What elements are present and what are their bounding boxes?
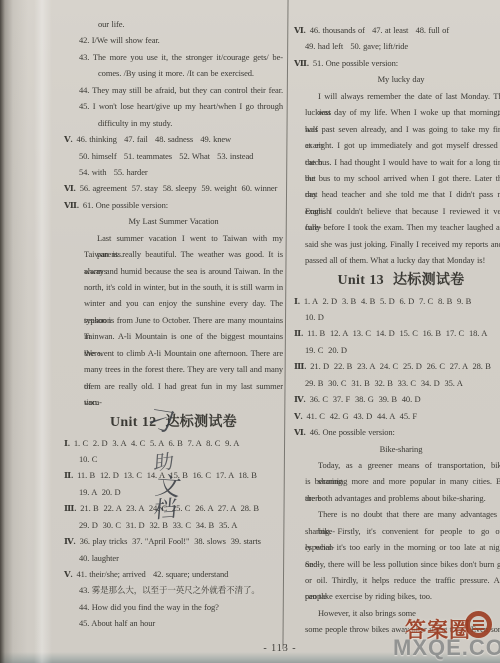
section-numeral: Ⅲ. [64, 503, 76, 513]
line-text: are both advantages and problems about b… [305, 493, 486, 503]
text-line: are both advantages and problems about b… [294, 490, 500, 506]
line-text: 达标测试卷 [393, 273, 465, 288]
text-line: 44. How did you find the way in the fog? [64, 599, 283, 615]
text-line: 19. C 20. D [294, 342, 500, 358]
line-text: 43. 雾是那么大，以至于一英尺之外就看不清了。 [79, 585, 260, 595]
unit-title: Unit 13达标测试卷 [294, 269, 500, 293]
text-line: winter and you can enjoy the sunshine ev… [64, 295, 283, 311]
line-text: comes. /By using it more. /It can be exe… [98, 68, 254, 78]
text-line: Ⅱ.11. B 12. A 13. C 14. D 15. C 16. B 17… [294, 325, 500, 341]
section-numeral: Ⅲ. [294, 361, 306, 371]
line-text: 44. They may still be afraid, but they c… [79, 85, 283, 95]
line-text: 40. laughter [79, 553, 119, 563]
line-text: However, it also brings some [318, 608, 416, 618]
text-line: Taiwan is really beautiful. The weather … [64, 246, 283, 262]
text-line: Ⅳ.36. play tricks 37. "April Fool!" 38. … [64, 533, 283, 549]
line-text: 19. A 20. D [79, 487, 121, 497]
left-column: our life.42. I/We will show fear.43. The… [64, 16, 283, 632]
line-text: passed all of them. What a lucky day tha… [305, 255, 485, 265]
text-line: 49. had left 50. gave; lift/ride [294, 38, 500, 54]
section-numeral: Ⅱ. [64, 470, 73, 480]
section-numeral: Ⅰ. [64, 438, 70, 448]
line-text: 36. play tricks 37. "April Fool!" 38. sl… [80, 536, 261, 546]
text-line: north, it's cold in winter, but in the s… [64, 279, 283, 295]
text-line: passed all of them. What a lucky day tha… [294, 252, 500, 268]
text-line: comes. /By using it more. /It can be exe… [64, 65, 283, 81]
text-line: the bus to my school arrived when I got … [294, 170, 500, 186]
text-line: said she was just joking. Finally I rece… [294, 236, 500, 252]
line-text: 54. with 55. harder [79, 167, 148, 177]
line-text: 10. D [305, 312, 324, 322]
text-line: Ⅴ.41. C 42. G 43. D 44. A 45. F [294, 408, 500, 424]
text-line: ondly, there will be less pollution sinc… [294, 556, 500, 572]
section-numeral: Ⅱ. [294, 328, 303, 338]
line-text: fully before I took the exam. Then my te… [305, 222, 500, 232]
right-column: Ⅵ.46. thousands of 47. at least 48. full… [294, 22, 500, 638]
text-line: at eight. I got up immediately and got m… [294, 137, 500, 153]
line-text: 50. himself 51. teammates 52. What 53. i… [79, 151, 253, 161]
text-line: warm and humid because the sea is around… [64, 263, 283, 279]
text-line: our life. [64, 16, 283, 32]
text-line: 10. D [294, 309, 500, 325]
line-text: 44. How did you find the way in the fog? [79, 602, 219, 612]
line-text: 42. I/We will show fear. [79, 35, 160, 45]
line-text: warm and humid because the sea is around… [84, 266, 283, 276]
text-line: ly when it's too early in the morning or… [294, 539, 500, 555]
text-line: Ⅴ.46. thinking 47. fail 48. sadness 49. … [64, 131, 283, 147]
line-text: We went to climb A-li Mountain one after… [84, 348, 283, 358]
text-line: Today, as a greener means of transportat… [294, 457, 500, 473]
text-line: sharing. Firstly, it's convenient for pe… [294, 523, 500, 539]
text-line: Ⅳ.36. C 37. F 38. G 39. B 40. D [294, 391, 500, 407]
text-line: Ⅴ.41. their/she; arrived 42. square; und… [64, 566, 283, 582]
section-numeral: Ⅵ. [64, 183, 76, 193]
text-line: can take exercise by riding bikes, too. [294, 588, 500, 604]
line-text: 1. A 2. D 3. B 4. B 5. D 6. D 7. C 8. B … [304, 296, 471, 306]
line-text: 45. About half an hour [79, 618, 155, 628]
line-text: 46. One possible version: [310, 427, 395, 437]
line-text: 19. C 20. D [305, 345, 347, 355]
text-line: is becoming more and more popular in man… [294, 473, 500, 489]
line-text: 10. C [79, 454, 97, 464]
text-line: My Last Summer Vacation [64, 213, 283, 229]
text-line: Ⅰ.1. A 2. D 3. B 4. B 5. D 6. D 7. C 8. … [294, 293, 500, 309]
text-line: Tainwan. A-li Mountain is one of the big… [64, 328, 283, 344]
text-line: 54. with 55. harder [64, 164, 283, 180]
text-line: Ⅵ.46. thousands of 47. at least 48. full… [294, 22, 500, 38]
text-line: 40. laughter [64, 550, 283, 566]
section-numeral: Unit 13 [338, 273, 384, 288]
text-line: the bus. I had thought I would have to w… [294, 154, 500, 170]
line-text: My Last Summer Vacation [128, 216, 218, 226]
text-line: luckiest day of my life. When I woke up … [294, 104, 500, 120]
text-line: I will always remember the date of last … [294, 88, 500, 104]
scanned-answer-page: { "page_number": "- 113 -", "watermark":… [0, 0, 500, 663]
text-line: Ⅵ.46. One possible version: [294, 424, 500, 440]
section-numeral: Ⅰ. [294, 296, 300, 306]
line-text: our life. [98, 19, 124, 29]
page-number: - 113 - [259, 643, 301, 654]
text-line: season is from June to October. There ar… [64, 312, 283, 328]
text-line: We went to climb A-li Mountain one after… [64, 345, 283, 361]
line-text: 11. B 12. A 13. C 14. D 15. C 16. B 17. … [307, 328, 487, 338]
text-line: Bike-sharing [294, 441, 500, 457]
text-line: difficulty in my study. [64, 115, 283, 131]
line-text: 46. thinking 47. fail 48. sadness 49. kn… [77, 134, 232, 144]
text-line: exam. I couldn't believe that because I … [294, 203, 500, 219]
text-line: Last summer vacation I went to Taiwan wi… [64, 230, 283, 246]
line-text: 45. I won't lose heart/give up my heart/… [79, 101, 283, 111]
line-text: 56. agreement 57. stay 58. sleepy 59. we… [80, 183, 278, 193]
line-text: 21. D 22. B 23. A 24. C 25. D 26. C 27. … [310, 361, 491, 371]
handwriting-mark: 档 [153, 490, 179, 525]
text-line: My lucky day [294, 71, 500, 87]
text-line: 45. About half an hour [64, 615, 283, 631]
watermark-site: MXQE.COM [393, 635, 500, 661]
text-line: Ⅶ.51. One possible version: [294, 55, 500, 71]
line-text: 41. their/she; arrived 42. square; under… [77, 569, 229, 579]
line-text: 51. One possible version: [313, 58, 398, 68]
text-line: 44. They may still be afraid, but they c… [64, 82, 283, 98]
line-text: 49. had left 50. gave; lift/ride [305, 41, 408, 51]
text-line: many trees in the forest there. They are… [64, 361, 283, 377]
section-numeral: Ⅵ. [294, 25, 306, 35]
line-text: said she was just joking. Finally I rece… [305, 239, 500, 249]
line-text: 61. One possible version: [83, 200, 168, 210]
section-numeral: Ⅳ. [294, 394, 306, 404]
text-line: There is no doubt that there are many ad… [294, 506, 500, 522]
line-text: can take exercise by riding bikes, too. [305, 591, 432, 601]
section-numeral: Ⅴ. [64, 569, 73, 579]
line-text: tion. [84, 397, 99, 407]
column-divider [282, 0, 289, 649]
text-line: half past seven already, and I was going… [294, 121, 500, 137]
section-numeral: Ⅴ. [294, 411, 303, 421]
watermark-logo-icon [465, 611, 492, 638]
section-numeral: Ⅶ. [294, 58, 309, 68]
text-line: 43. The more you use it, the stronger it… [64, 49, 283, 65]
line-text: 43. The more you use it, the stronger it… [79, 52, 283, 62]
section-numeral: Ⅳ. [64, 536, 76, 546]
section-numeral: Ⅴ. [64, 134, 73, 144]
text-line: 42. I/We will show fear. [64, 32, 283, 48]
text-line: Ⅵ.56. agreement 57. stay 58. sleepy 59. … [64, 180, 283, 196]
line-text: 29. B 30. C 31. B 32. B 33. C 34. D 35. … [305, 378, 463, 388]
section-numeral: Ⅵ. [294, 427, 306, 437]
line-text: 36. C 37. F 38. G 39. B 40. D [310, 394, 421, 404]
line-text: 41. C 42. G 43. D 44. A 45. F [307, 411, 418, 421]
line-text: north, it's cold in winter, but in the s… [84, 282, 283, 292]
line-text: ondly, there will be less pollution sinc… [305, 559, 500, 569]
text-line: Ⅶ.61. One possible version: [64, 197, 283, 213]
line-text: 达标测试卷 [165, 415, 237, 430]
text-line: fully before I took the exam. Then my te… [294, 219, 500, 235]
line-text: My lucky day [378, 74, 425, 84]
text-line: 45. I won't lose heart/give up my heart/… [64, 98, 283, 114]
text-line: met head teacher and she told me that I … [294, 186, 500, 202]
line-text: Bike-sharing [380, 444, 423, 454]
text-line: 43. 雾是那么大，以至于一英尺之外就看不清了。 [64, 582, 283, 598]
section-numeral: Ⅶ. [64, 200, 79, 210]
text-line: or oil. Thirdly, it helps reduce the tra… [294, 572, 500, 588]
text-line: Ⅲ.21. D 22. B 23. A 24. C 25. D 26. C 27… [294, 358, 500, 374]
text-line: 29. B 30. C 31. B 32. B 33. C 34. D 35. … [294, 375, 500, 391]
text-line: them are really old. I had great fun in … [64, 378, 283, 394]
line-text: 46. thousands of 47. at least 48. full o… [310, 25, 449, 35]
line-text: difficulty in my study. [98, 118, 172, 128]
text-line: 50. himself 51. teammates 52. What 53. i… [64, 148, 283, 164]
